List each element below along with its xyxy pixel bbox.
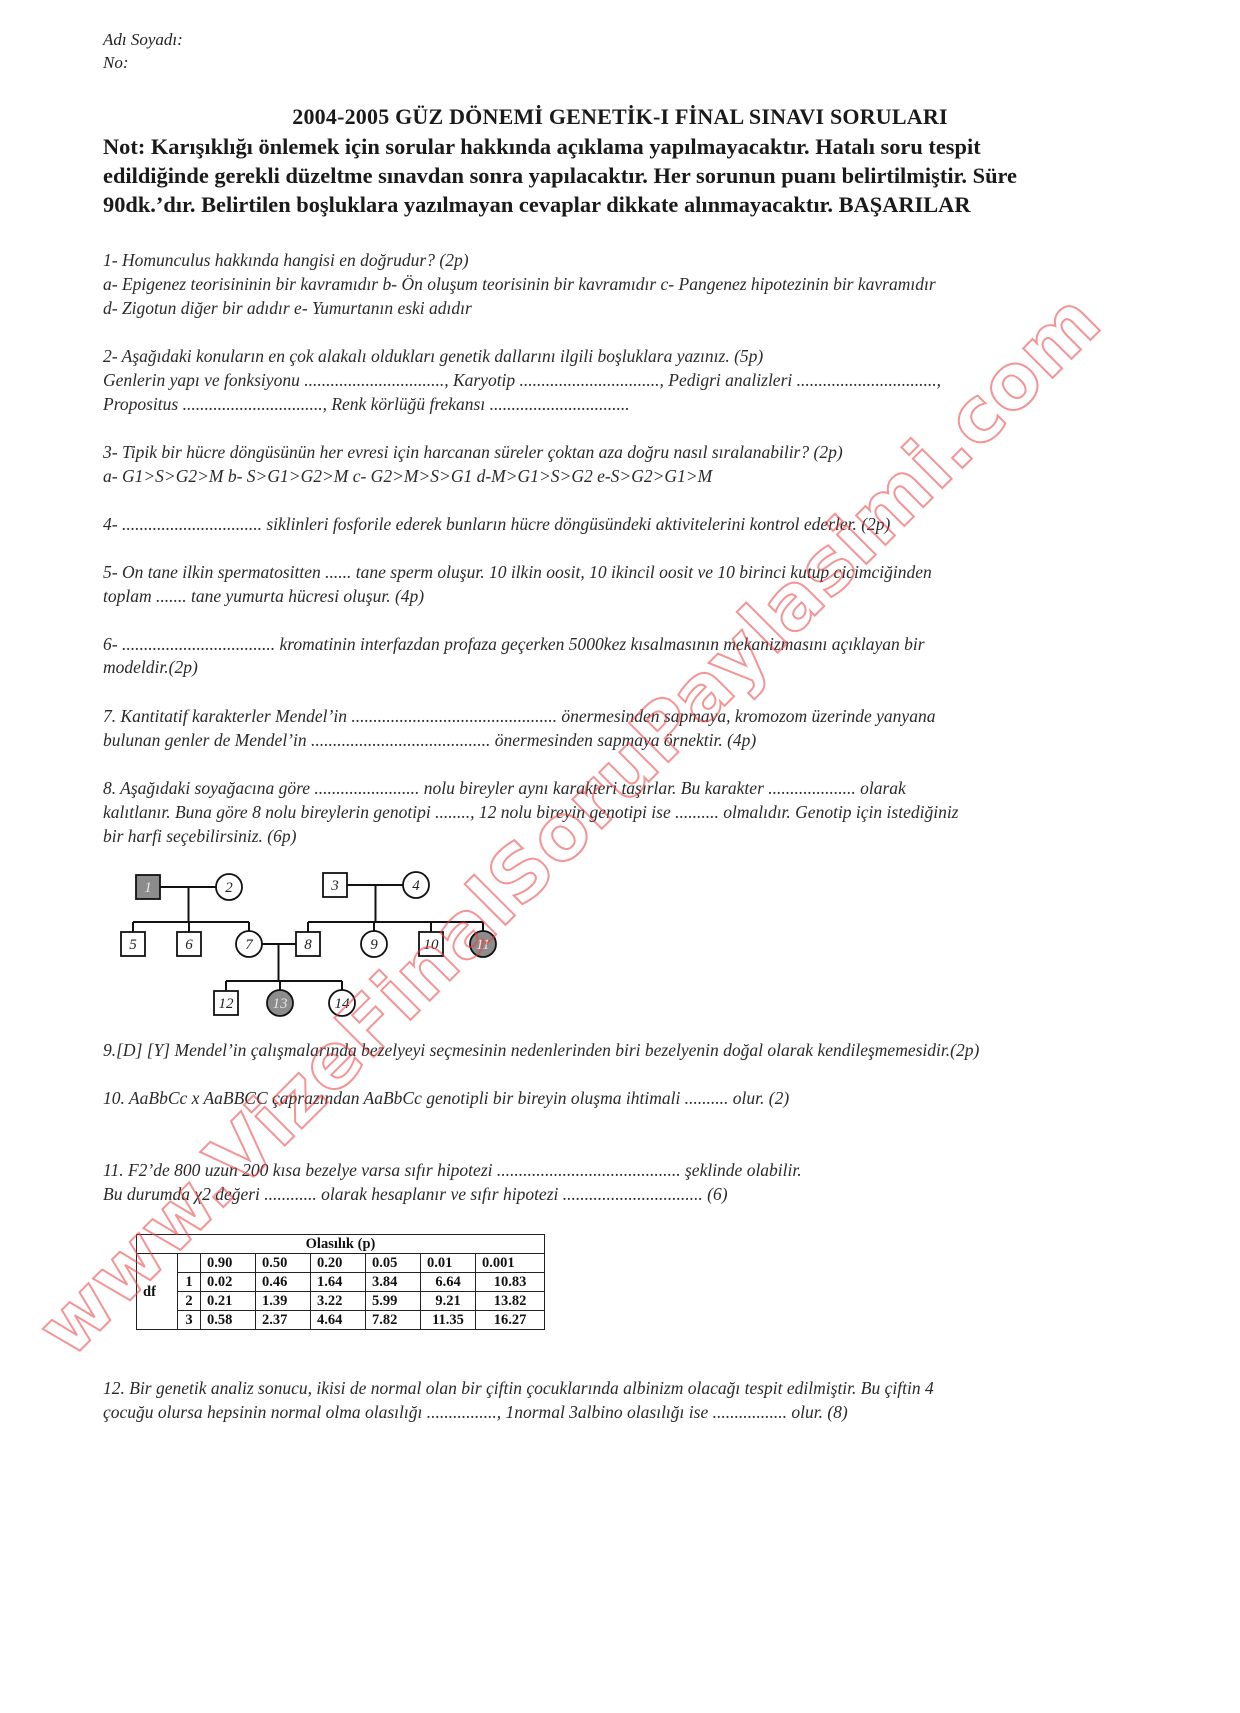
svg-text:5: 5 <box>129 937 137 953</box>
critical-value: 10.83 <box>476 1273 545 1292</box>
pedigree-individual-3: 3 <box>323 873 347 897</box>
svg-text:10: 10 <box>424 937 440 953</box>
pedigree-individual-14: 14 <box>329 990 355 1016</box>
svg-text:4: 4 <box>412 878 420 894</box>
question-text: 1- Homunculus hakkında hangisi en doğrud… <box>103 250 469 271</box>
table-row: 20.211.393.225.999.2113.82 <box>137 1292 545 1311</box>
critical-value: 6.64 <box>421 1273 476 1292</box>
critical-value: 3.84 <box>366 1273 421 1292</box>
question-text: 9.[D] [Y] Mendel’in çalışmalarında bezel… <box>103 1040 979 1061</box>
question-text: bulunan genler de Mendel’in ............… <box>103 730 756 751</box>
critical-value: 4.64 <box>311 1311 366 1330</box>
question-text: 2- Aşağıdaki konuların en çok alakalı ol… <box>103 346 763 367</box>
critical-value: 13.82 <box>476 1292 545 1311</box>
table-row: 30.582.374.647.8211.3516.27 <box>137 1311 545 1330</box>
p-value-header: 0.50 <box>256 1254 311 1273</box>
critical-value: 0.58 <box>201 1311 256 1330</box>
name-label: Adı Soyadı: <box>103 30 183 50</box>
pedigree-individual-9: 9 <box>361 931 387 957</box>
instruction-line: edildiğinde gerekli düzeltme sınavdan so… <box>103 161 1163 190</box>
critical-value: 3.22 <box>311 1292 366 1311</box>
critical-value: 2.37 <box>256 1311 311 1330</box>
svg-text:9: 9 <box>370 937 378 953</box>
critical-value: 1.64 <box>311 1273 366 1292</box>
svg-text:14: 14 <box>335 996 351 1012</box>
question-text: Bu durumda χ2 değeri ............ olarak… <box>103 1184 728 1205</box>
exam-page: Adı Soyadı: No: 2004-2005 GÜZ DÖNEMİ GEN… <box>0 0 1240 1713</box>
number-label: No: <box>103 53 129 73</box>
pedigree-individual-12: 12 <box>214 991 238 1015</box>
p-value-header: 0.90 <box>201 1254 256 1273</box>
answer-options: a- Epigenez teorisininin bir kavramıdır … <box>103 274 936 295</box>
table-row: 10.020.461.643.846.6410.83 <box>137 1273 545 1292</box>
table-caption: Olasılık (p) <box>137 1235 545 1254</box>
instruction-line: 90dk.’dır. Belirtilen boşluklara yazılma… <box>103 190 1163 219</box>
df-value: 3 <box>178 1311 201 1330</box>
question-text: 10. AaBbCc x AaBBCC çaprazından AaBbCc g… <box>103 1088 789 1109</box>
df-value: 1 <box>178 1273 201 1292</box>
critical-value: 5.99 <box>366 1292 421 1311</box>
question-text: 7. Kantitatif karakterler Mendel’in ....… <box>103 706 935 727</box>
critical-value: 9.21 <box>421 1292 476 1311</box>
pedigree-individual-11: 11 <box>470 931 496 957</box>
p-value-header: 0.05 <box>366 1254 421 1273</box>
question-text: modeldir.(2p) <box>103 657 198 678</box>
fill-in-blanks: Propositus .............................… <box>103 394 630 415</box>
pedigree-individual-7: 7 <box>236 931 262 957</box>
critical-value: 16.27 <box>476 1311 545 1330</box>
question-text: 8. Aşağıdaki soyağacına göre ...........… <box>103 778 906 799</box>
svg-text:1: 1 <box>144 880 152 896</box>
p-value-header: 0.001 <box>476 1254 545 1273</box>
chi-square-table: Olasılık (p)df0.900.500.200.050.010.0011… <box>136 1234 545 1330</box>
pedigree-individual-13: 13 <box>267 990 293 1016</box>
question-text: 4- ................................ sikl… <box>103 514 890 535</box>
pedigree-individual-6: 6 <box>177 932 201 956</box>
p-value-header: 0.20 <box>311 1254 366 1273</box>
pedigree-individual-8: 8 <box>296 932 320 956</box>
fill-in-blanks: Genlerin yapı ve fonksiyonu ............… <box>103 370 941 391</box>
question-text: kalıtlanır. Buna göre 8 nolu bireylerin … <box>103 802 959 823</box>
question-text: 12. Bir genetik analiz sonucu, ikisi de … <box>103 1378 934 1399</box>
exam-title: 2004-2005 GÜZ DÖNEMİ GENETİK-I FİNAL SIN… <box>0 104 1240 130</box>
df-label: df <box>137 1254 178 1330</box>
pedigree-individual-10: 10 <box>419 932 443 956</box>
watermark: www.VizeFinalSoruPaylasimi.com <box>20 275 1118 1373</box>
critical-value: 1.39 <box>256 1292 311 1311</box>
critical-value: 0.21 <box>201 1292 256 1311</box>
critical-value: 0.02 <box>201 1273 256 1292</box>
p-value-header: 0.01 <box>421 1254 476 1273</box>
svg-text:6: 6 <box>185 937 193 953</box>
pedigree-individual-4: 4 <box>403 872 429 898</box>
svg-text:8: 8 <box>304 937 312 953</box>
critical-value: 0.46 <box>256 1273 311 1292</box>
svg-text:7: 7 <box>245 937 254 953</box>
exam-instructions: Not: Karışıklığı önlemek için sorular ha… <box>103 132 1163 219</box>
svg-text:11: 11 <box>476 937 490 953</box>
instruction-line: Not: Karışıklığı önlemek için sorular ha… <box>103 132 1163 161</box>
question-text: çocuğu olursa hepsinin normal olma olası… <box>103 1402 848 1423</box>
pedigree-individual-1: 1 <box>136 875 160 899</box>
critical-value: 7.82 <box>366 1311 421 1330</box>
critical-value: 11.35 <box>421 1311 476 1330</box>
svg-text:13: 13 <box>273 996 288 1012</box>
question-text: 6- ................................... k… <box>103 634 925 655</box>
question-text: toplam ....... tane yumurta hücresi oluş… <box>103 586 424 607</box>
question-text: 3- Tipik bir hücre döngüsünün her evresi… <box>103 442 843 463</box>
pedigree-individual-2: 2 <box>216 874 242 900</box>
question-text: 11. F2’de 800 uzun 200 kısa bezelye vars… <box>103 1160 802 1181</box>
answer-options: a- G1>S>G2>M b- S>G1>G2>M c- G2>M>S>G1 d… <box>103 466 712 487</box>
pedigree-individual-5: 5 <box>121 932 145 956</box>
svg-text:3: 3 <box>330 878 339 894</box>
answer-options: d- Zigotun diğer bir adıdır e- Yumurtanı… <box>103 298 472 319</box>
svg-text:2: 2 <box>225 880 233 896</box>
question-text: bir harfi seçebilirsiniz. (6p) <box>103 826 296 847</box>
svg-text:12: 12 <box>219 996 235 1012</box>
df-value: 2 <box>178 1292 201 1311</box>
question-text: 5- On tane ilkin spermatositten ...... t… <box>103 562 932 583</box>
